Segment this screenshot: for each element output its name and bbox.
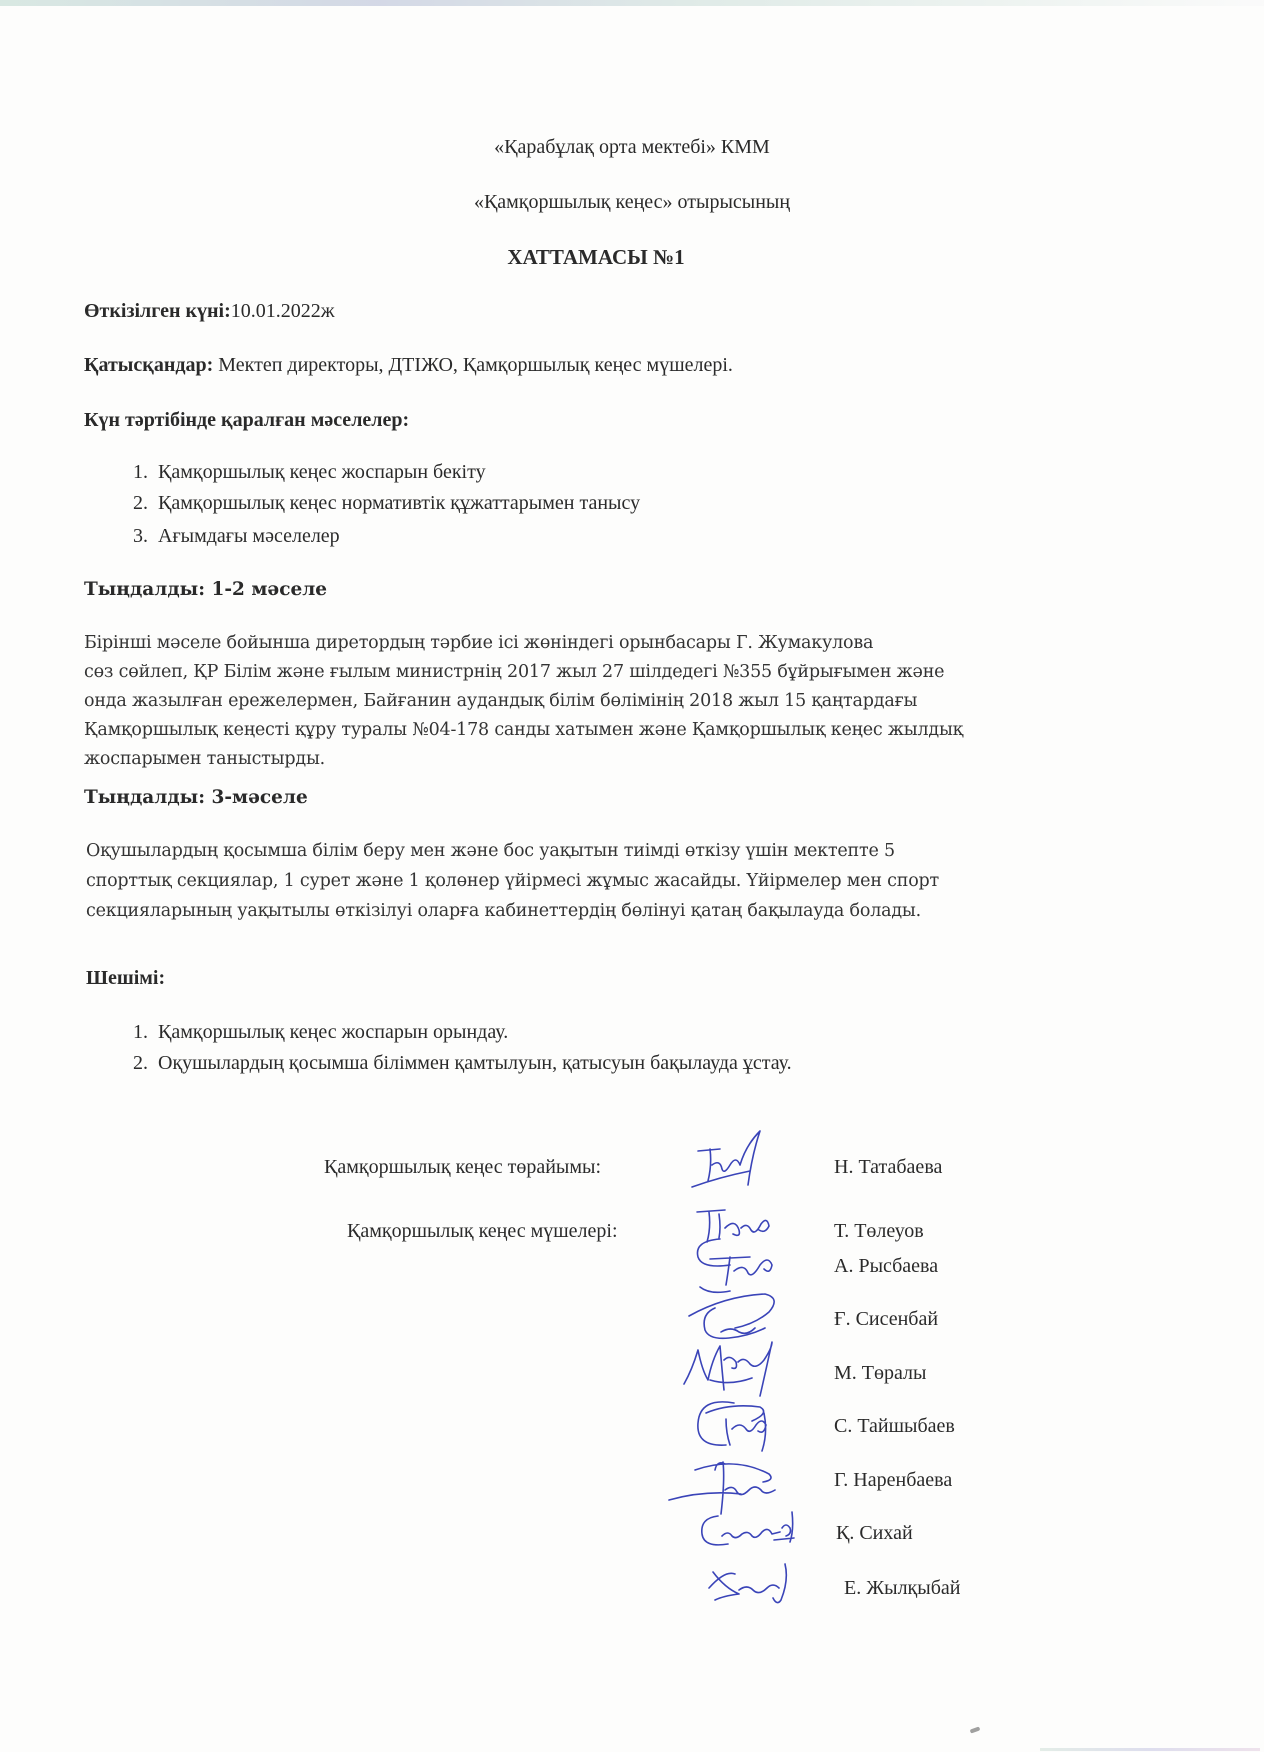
scan-edge-top: [0, 0, 1264, 6]
signature-member-3-icon: [685, 1290, 785, 1345]
signature-member-2-icon: [690, 1235, 790, 1295]
document-title: ХАТТАМАСЫ №1: [0, 245, 1228, 269]
agenda-item: 2. Қамқоршылық кеңес нормативтік құжатта…: [133, 491, 148, 515]
member-name: Г. Наренбаева: [834, 1469, 952, 1492]
organization-name: «Қарабұлақ орта мектебі» КММ: [0, 135, 1264, 159]
member-name: Ғ. Сисенбай: [834, 1308, 938, 1331]
member-name: Е. Жылқыбай: [844, 1577, 960, 1600]
signature-member-5-icon: [690, 1393, 780, 1458]
agenda-item-text: Ағымдағы мәселелер: [158, 524, 340, 548]
signature-member-7-icon: [698, 1508, 808, 1558]
decision-heading: Шешімі:: [86, 966, 165, 990]
paragraph-line: Оқушылардың қосымша білім беру мен және …: [86, 838, 895, 865]
participants-label: Қатысқандар:: [84, 354, 213, 376]
decision-item: 1. Қамқоршылық кеңес жоспарын орындау.: [133, 1020, 148, 1044]
agenda-item: 3. Ағымдағы мәселелер: [133, 524, 148, 548]
signature-member-8-icon: [705, 1560, 805, 1610]
member-name: М. Төралы: [834, 1362, 926, 1385]
agenda-item-number: 1.: [133, 461, 148, 483]
agenda-item-number: 2.: [133, 492, 148, 514]
paragraph-line: спорттық секциялар, 1 сурет және 1 қолөн…: [86, 868, 939, 895]
decision-item-number: 1.: [133, 1021, 148, 1043]
heard-1-heading: Тыңдалды: 1-2 мәселе: [84, 578, 327, 602]
agenda-item-text: Қамқоршылық кеңес нормативтік құжаттарым…: [158, 491, 640, 515]
decision-item-number: 2.: [133, 1052, 148, 1074]
date-row: Өткізілген күні:10.01.2022ж: [84, 299, 335, 323]
meeting-title: «Қамқоршылық кеңес» отырысының: [0, 190, 1264, 214]
paragraph-line: сөз сөйлеп, ҚР Білім және ғылым министрн…: [84, 659, 944, 686]
agenda-item-text: Қамқоршылық кеңес жоспарын бекіту: [158, 460, 486, 484]
member-name: Қ. Сихай: [836, 1522, 913, 1545]
members-label: Қамқоршылық кеңес мүшелері:: [347, 1220, 618, 1243]
decision-item-text: Қамқоршылық кеңес жоспарын орындау.: [158, 1020, 508, 1044]
chair-name: Н. Татабаева: [834, 1156, 942, 1179]
agenda-item: 1. Қамқоршылық кеңес жоспарын бекіту: [133, 460, 148, 484]
paragraph-line: Бірінші мәселе бойынша диретордың тәрбие…: [84, 630, 873, 657]
member-name: С. Тайшыбаев: [834, 1415, 955, 1438]
date-label: Өткізілген күні:: [84, 300, 231, 322]
paragraph-line: онда жазылған ережелермен, Байғанин ауда…: [84, 688, 917, 715]
participants-value: Мектеп директоры, ДТІЖО, Қамқоршылық кең…: [213, 354, 733, 376]
scan-edge-bottom: [1040, 1748, 1260, 1751]
paragraph-line: Қамқоршылық кеңесті құру туралы №04-178 …: [84, 717, 963, 744]
member-name: Т. Төлеуов: [834, 1220, 924, 1243]
decision-item-text: Оқушылардың қосымша біліммен қамтылуын, …: [158, 1051, 792, 1075]
agenda-item-number: 3.: [133, 525, 148, 547]
chair-label: Қамқоршылық кеңес төрайымы:: [324, 1156, 601, 1179]
date-value: 10.01.2022ж: [231, 300, 335, 322]
decision-item: 2. Оқушылардың қосымша біліммен қамтылуы…: [133, 1051, 148, 1075]
paragraph-line: секцияларының уақытылы өткізілуі оларға …: [86, 898, 921, 925]
member-name: А. Рысбаева: [834, 1255, 938, 1278]
scan-speck: [970, 1726, 981, 1733]
heard-3-heading: Тыңдалды: 3-мәселе: [84, 786, 308, 810]
paragraph-line: жоспарымен таныстырды.: [84, 746, 325, 773]
participants-row: Қатысқандар: Мектеп директоры, ДТІЖО, Қа…: [84, 353, 733, 377]
agenda-heading: Күн тәртібінде қаралған мәселелер:: [84, 408, 409, 432]
signature-chair-icon: [690, 1125, 770, 1195]
